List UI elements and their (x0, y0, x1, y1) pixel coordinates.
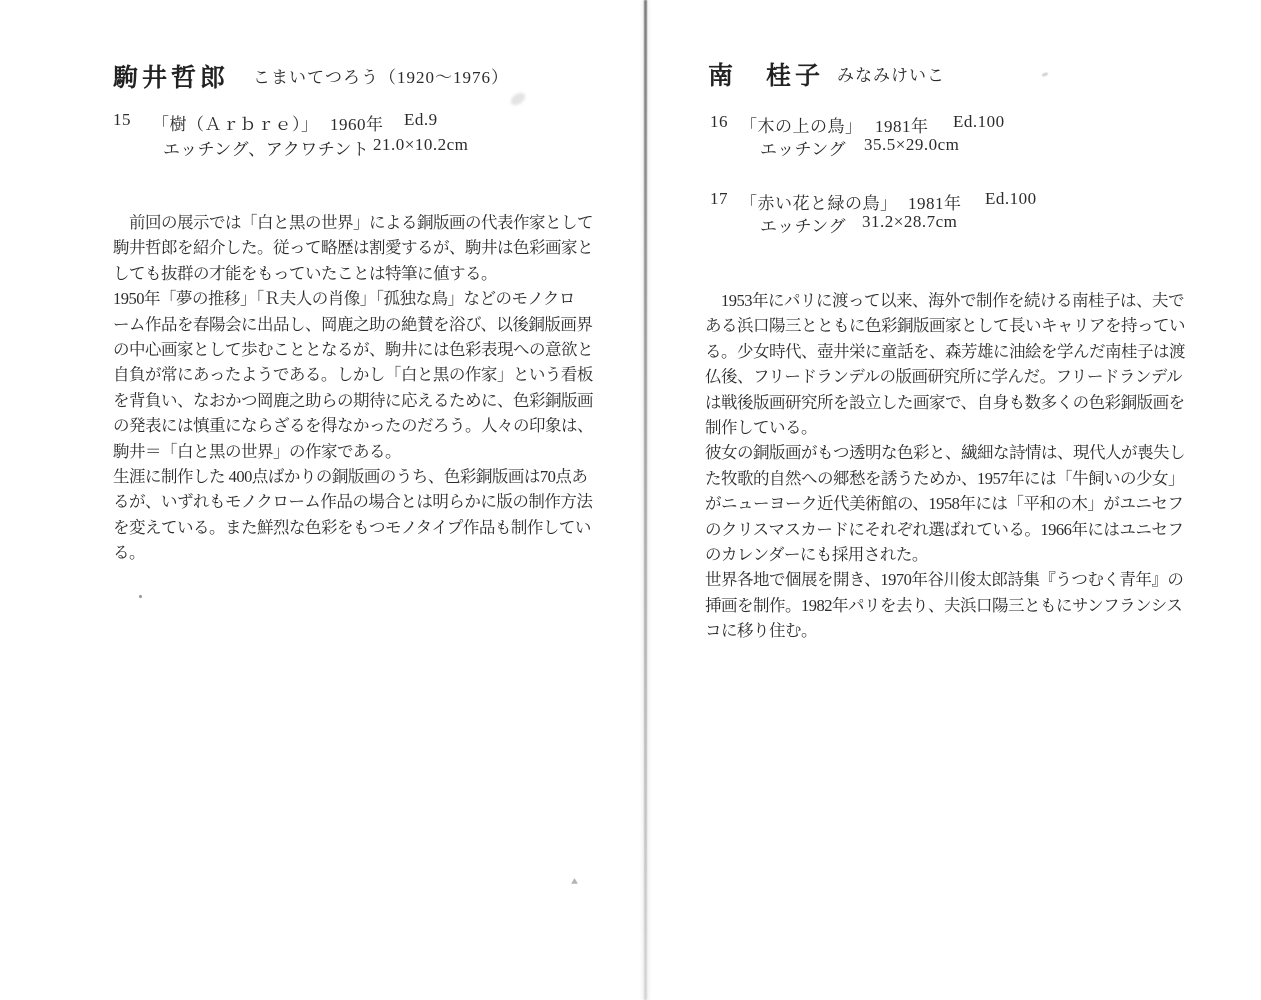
text-line: ーム作品を春陽会に出品し、岡鹿之助の絶賛を浴び、以後銅版画界 (113, 312, 605, 337)
entry-edition: Ed.100 (953, 112, 1005, 132)
scan-speck (139, 595, 142, 598)
text-line: を変えている。また鮮烈な色彩をもつモノタイプ作品も制作してい (113, 515, 605, 540)
right-essay: 1953年にパリに渡って以来、海外で制作を続ける南桂子は、夫である浜口陽三ととも… (705, 288, 1197, 644)
entry-number: 16 (710, 112, 728, 132)
entry-year: 1981年 (875, 112, 929, 137)
text-line: 駒井哲郎を紹介した。従って略歴は割愛するが、駒井は色彩画家と (113, 235, 605, 260)
entry-title: 「赤い花と緑の鳥」 (740, 189, 898, 214)
entry-size: 21.0×10.2cm (373, 135, 468, 155)
text-line: 仏後、フリードランデルの版画研究所に学んだ。フリードランデル (705, 364, 1197, 389)
entry-title: 「木の上の鳥」 (740, 112, 863, 137)
text-line: 駒井＝「白と黒の世界」の作家である。 (113, 439, 605, 464)
scan-speck (571, 878, 578, 884)
text-line: 自負が常にあったようである。しかし「白と黒の作家」という看板 (113, 362, 605, 387)
entry-title: 「樹（Ａｒｂｒｅ）」 (152, 110, 319, 135)
text-line: るが、いずれもモノクローム作品の場合とは明らかに版の制作方法 (113, 489, 605, 514)
left-essay: 前回の展示では「白と黒の世界」による銅版画の代表作家として駒井哲郎を紹介した。従… (113, 210, 605, 566)
text-line: ある浜口陽三とともに色彩銅版画家として長いキャリアを持ってい (705, 313, 1197, 338)
entry-size: 35.5×29.0cm (864, 135, 959, 155)
text-line: は戦後版画研究所を設立した画家で、自身も数多くの色彩銅版画を (705, 390, 1197, 415)
catalog-spread: 駒井哲郎 こまいてつろう（1920～1976） 15 「樹（Ａｒｂｒｅ）」 19… (0, 0, 1261, 1000)
text-line: コに移り住む。 (705, 618, 1197, 643)
entry-size: 31.2×28.7cm (862, 212, 957, 232)
right-artist-reading: みなみけいこ (837, 61, 945, 86)
entry-year: 1960年 (330, 110, 384, 135)
left-artist-reading: こまいてつろう（1920～1976） (253, 63, 509, 88)
text-line: のクリスマスカードにそれぞれ選ばれている。1966年にはユニセフ (705, 517, 1197, 542)
text-line: を背負い、なおかつ岡鹿之助らの期待に応えるために、色彩銅版画 (113, 388, 605, 413)
text-line: がニューヨーク近代美術館の、1958年には「平和の木」がユニセフ (705, 491, 1197, 516)
entry-number: 15 (113, 110, 131, 130)
text-line: 前回の展示では「白と黒の世界」による銅版画の代表作家として (113, 210, 605, 235)
scan-speck (509, 90, 528, 107)
text-line: 世界各地で個展を開き、1970年谷川俊太郎詩集『うつむく青年』の (705, 567, 1197, 592)
text-line: る。 (113, 540, 605, 565)
text-line: のカレンダーにも採用された。 (705, 542, 1197, 567)
text-line: 1953年にパリに渡って以来、海外で制作を続ける南桂子は、夫で (705, 288, 1197, 313)
entry-year: 1981年 (908, 189, 962, 214)
entry-technique: エッチング、アクワチント (163, 135, 369, 160)
text-line: 制作している。 (705, 415, 1197, 440)
left-artist-name: 駒井哲郎 (113, 58, 229, 94)
entry-edition: Ed.100 (985, 189, 1037, 209)
text-line: た牧歌的自然への郷愁を誘うためか、1957年には「牛飼いの少女」 (705, 466, 1197, 491)
text-line: の発表には慎重にならざるを得なかったのだろう。人々の印象は、 (113, 413, 605, 438)
text-line: 1950年「夢の推移」「Ｒ夫人の肖像」「孤独な鳥」などのモノクロ (113, 286, 605, 311)
page-binding-gutter (644, 0, 647, 1000)
text-line: 生涯に制作した 400点ばかりの銅版画のうち、色彩銅版画は70点あ (113, 464, 605, 489)
text-line: 挿画を制作。1982年パリを去り、夫浜口陽三ともにサンフランシス (705, 593, 1197, 618)
text-line: しても抜群の才能をもっていたことは特筆に値する。 (113, 261, 605, 286)
entry-number: 17 (710, 189, 728, 209)
text-line: の中心画家として歩むこととなるが、駒井には色彩表現への意欲と (113, 337, 605, 362)
right-artist-name: 南 桂子 (708, 56, 824, 92)
text-line: る。少女時代、壺井栄に童話を、森芳雄に油絵を学んだ南桂子は渡 (705, 339, 1197, 364)
scan-speck (1042, 72, 1049, 77)
entry-technique: エッチング (760, 135, 846, 160)
text-line: 彼女の銅版画がもつ透明な色彩と、繊細な詩情は、現代人が喪失し (705, 440, 1197, 465)
entry-technique: エッチング (760, 212, 846, 237)
entry-edition: Ed.9 (404, 110, 438, 130)
